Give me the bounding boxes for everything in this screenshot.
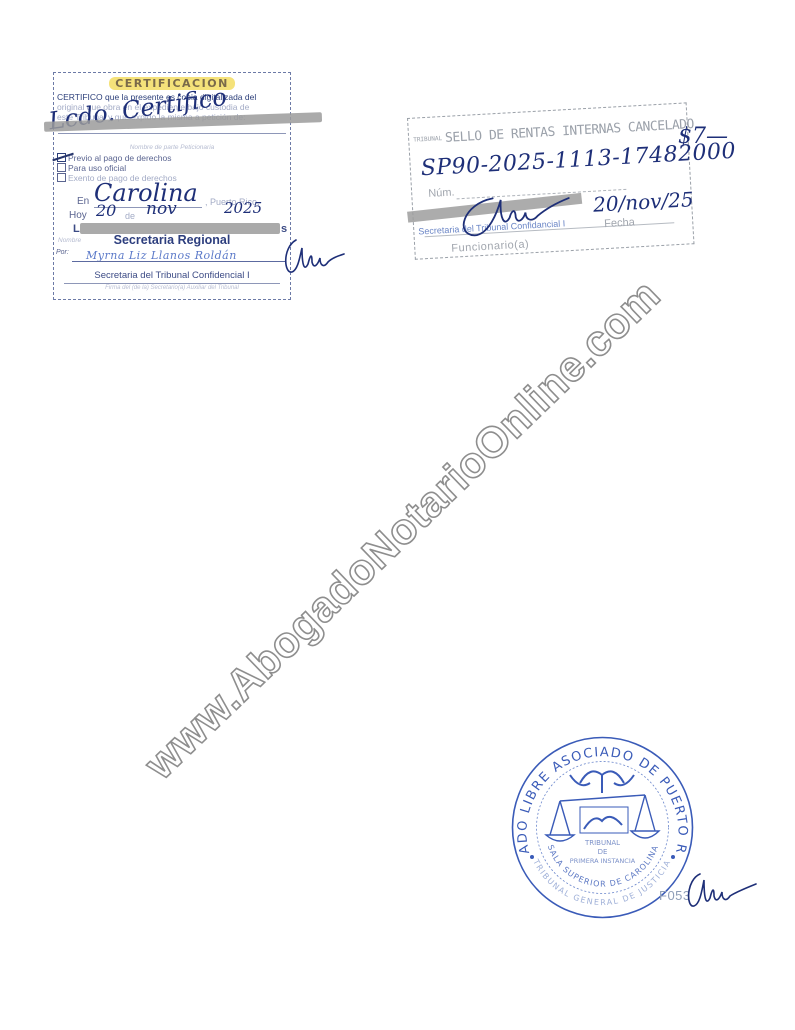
footer-rule	[64, 283, 280, 284]
rentas-title: SELLO DE RENTAS INTERNAS CANCELADO	[445, 117, 695, 146]
rentas-internas-stamp: TRIBUNALSELLO DE RENTAS INTERNAS CANCELA…	[407, 102, 694, 259]
checkbox-checked-icon[interactable]	[57, 153, 66, 162]
secretary-title: Secretaria Regional	[54, 233, 290, 247]
checkbox-icon[interactable]	[57, 163, 66, 172]
watermark: www.AbogadoNotarioOnline.com	[136, 271, 670, 789]
seal-inner-line2: DE	[598, 848, 608, 856]
rentas-date-label: Fecha	[604, 216, 635, 230]
signer-rule	[72, 261, 286, 262]
requester-rule	[58, 133, 286, 134]
rentas-number-label: Núm.	[428, 186, 455, 199]
rentas-date-handwritten: 20/nov/25	[592, 187, 694, 217]
certification-stamp: CERTIFICACION CERTIFICO que la presente …	[53, 72, 291, 300]
option-uso-oficial[interactable]: Para uso oficial	[54, 163, 290, 173]
signer-title: Secretaria del Tribunal Confidencial I	[54, 270, 290, 281]
rentas-signature-mark	[452, 188, 575, 245]
date-month: nov	[146, 199, 177, 219]
seal-signature-mark	[680, 870, 760, 915]
date-day: 20	[96, 201, 116, 220]
por-label: Por:	[56, 249, 69, 256]
place-prefix: En	[74, 197, 89, 207]
amount-handwritten: $7—	[678, 124, 728, 149]
checkbox-icon[interactable]	[57, 173, 66, 182]
footer-caption: Firma del (de la) Secretario(a) Auxiliar…	[54, 285, 290, 291]
date-year: 2025	[224, 199, 262, 217]
seal-inner-line1: TRIBUNAL	[584, 839, 620, 847]
rentas-small-prefix: TRIBUNAL	[413, 135, 442, 144]
option-previo-pago[interactable]: Previo al pago de derechos	[54, 153, 290, 163]
date-de: de	[122, 211, 135, 221]
seal-inner-line3: PRIMERA INSTANCIA	[570, 857, 636, 865]
signature-mark	[278, 234, 348, 284]
date-prefix: Hoy	[66, 211, 87, 221]
requester-caption: Nombre de parte Peticionaria	[54, 144, 290, 151]
